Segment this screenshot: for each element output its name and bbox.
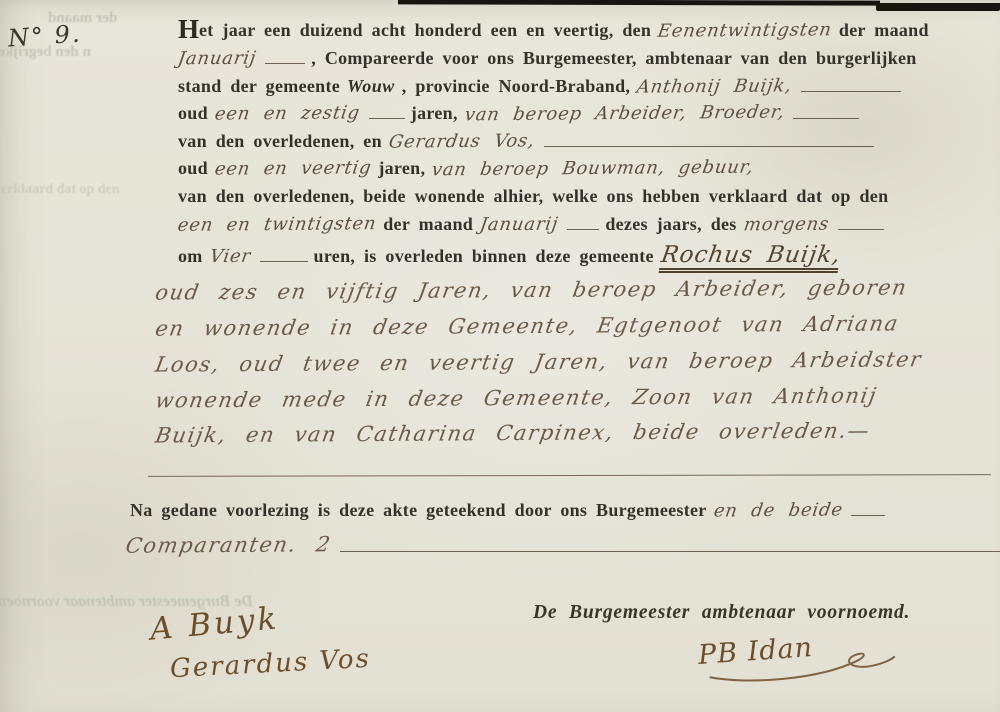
act-number: N° 9. (7, 19, 82, 52)
text-segment-printed: der maand (383, 214, 473, 234)
blank-fill-rule (369, 114, 405, 119)
initial-capital: H (178, 14, 199, 44)
blank-fill-rule (260, 257, 308, 262)
blank-fill-rule (801, 87, 901, 92)
ghost-bleedthrough-text: verklaard dat op den (0, 182, 120, 198)
text-segment-printed: uren, is overleden binnen deze gemeente (314, 246, 654, 266)
text-segment-written-lg: Buijk, en van Catharina Carpinex, beide … (154, 419, 873, 448)
text-segment-written-lg: Comparanten. 2 (124, 532, 333, 557)
text-segment-printed: oud (178, 103, 208, 123)
text-segment-printed: jaren, (378, 158, 425, 178)
text-segment-printed: , Compareerde voor ons Burgemeester, amb… (311, 48, 916, 68)
act-line-handwritten: Buijk, en van Catharina Carpinex, beide … (156, 421, 877, 445)
closing-statement-line: Comparanten. 2 (126, 533, 1000, 557)
text-segment-written: morgens (742, 214, 830, 236)
scan-artifact-top-bar-right (876, 3, 1000, 11)
text-segment-printed: oud (178, 158, 208, 178)
text-segment-printed: Na gedane voorlezing is deze akte geteek… (130, 500, 707, 520)
blank-fill-rule (793, 114, 859, 119)
text-segment-written: een en zestig (213, 102, 361, 124)
act-line: oudeen en zestigjaren,van beroep Arbeide… (178, 103, 865, 124)
text-segment-printed: van den overledenen, beide wonende alhie… (178, 186, 888, 206)
text-segment-written-lg: oud zes en vijftig Jaren, van beroep Arb… (154, 275, 910, 304)
text-segment-printed: et jaar een duizend acht honderd een en … (199, 20, 651, 40)
act-line: Januarij, Compareerde voor ons Burgemees… (178, 48, 924, 69)
text-segment-printed-italic: Wouw (347, 76, 395, 96)
act-line-handwritten: Loos, oud twee en veertig Jaren, van ber… (156, 350, 929, 374)
act-line: oudeen en veertigjaren,van beroep Bouwma… (178, 158, 761, 179)
officiant-caption: De Burgemeester ambtenaar voornoemd. (533, 602, 910, 624)
act-line: stand der gemeenteWouw, provincie Noord-… (178, 76, 907, 97)
act-line: van den overledenen, beide wonende alhie… (178, 186, 895, 207)
text-segment-written: Januarij (176, 48, 257, 70)
text-segment-written: Anthonij Buijk, (636, 75, 794, 97)
text-segment-written: Eenentwintigsten (657, 19, 834, 42)
closing-statement-line: Na gedane voorlezing is deze akte geteek… (130, 500, 891, 521)
death-record-scan: der maand n den begrijken verklaard dat … (0, 0, 1000, 712)
text-segment-written: Januarij (478, 214, 559, 236)
text-segment-written: een en twintigsten (176, 213, 378, 236)
text-segment-written: van beroep Arbeider, Broeder, (463, 102, 786, 126)
text-segment-written-lg: wonende mede in deze Gemeente, Zoon van … (154, 383, 880, 412)
text-segment-written: Gerardus Vos, (387, 130, 536, 152)
blank-fill-rule (851, 511, 885, 516)
signature-witness-2: Gerardus Vos (169, 644, 371, 684)
blank-fill-rule (838, 225, 884, 230)
scan-artifact-top-bar (398, 0, 880, 6)
separator-rule (148, 474, 991, 477)
blank-fill-rule (544, 142, 874, 147)
deceased-name: Rochus Buijk, (658, 242, 842, 273)
text-segment-written: een en veertig (213, 157, 373, 179)
text-segment-written-lg: Loos, oud twee en veertig Jaren, van ber… (154, 347, 925, 376)
text-segment-written: van beroep Bouwman, gebuur, (430, 157, 755, 181)
text-segment-printed: stand der gemeente (178, 76, 340, 96)
blank-fill-rule (567, 225, 599, 230)
act-line-handwritten: oud zes en vijftig Jaren, van beroep Arb… (156, 278, 914, 302)
text-segment-printed: der maand (839, 20, 929, 40)
blank-fill-rule (340, 547, 1000, 552)
text-segment-printed: jaren, (411, 103, 458, 123)
act-line-handwritten: wonende mede in deze Gemeente, Zoon van … (156, 386, 884, 410)
text-segment-written: Vier (208, 246, 252, 267)
act-line: van den overledenen, enGerardus Vos, (178, 131, 880, 152)
act-line: omVieruren, is overleden binnen deze gem… (178, 242, 847, 273)
text-segment-printed: dezes jaars, des (605, 214, 736, 234)
text-segment-written: en de beide (712, 499, 844, 521)
act-line-handwritten: en wonende in deze Gemeente, Egtgenoot v… (156, 314, 905, 338)
text-segment-printed: , provincie Noord-Braband, (402, 76, 631, 96)
act-line: een en twintigstender maandJanuarijdezes… (178, 214, 890, 235)
act-line: Het jaar een duizend acht honderd een en… (178, 20, 936, 41)
text-segment-printed: om (178, 246, 203, 266)
text-segment-printed: van den overledenen, en (178, 131, 382, 151)
signature-burgemeester: PB Idan (697, 632, 814, 671)
blank-fill-rule (265, 59, 305, 64)
text-segment-written-lg: en wonende in deze Gemeente, Egtgenoot v… (154, 311, 901, 340)
